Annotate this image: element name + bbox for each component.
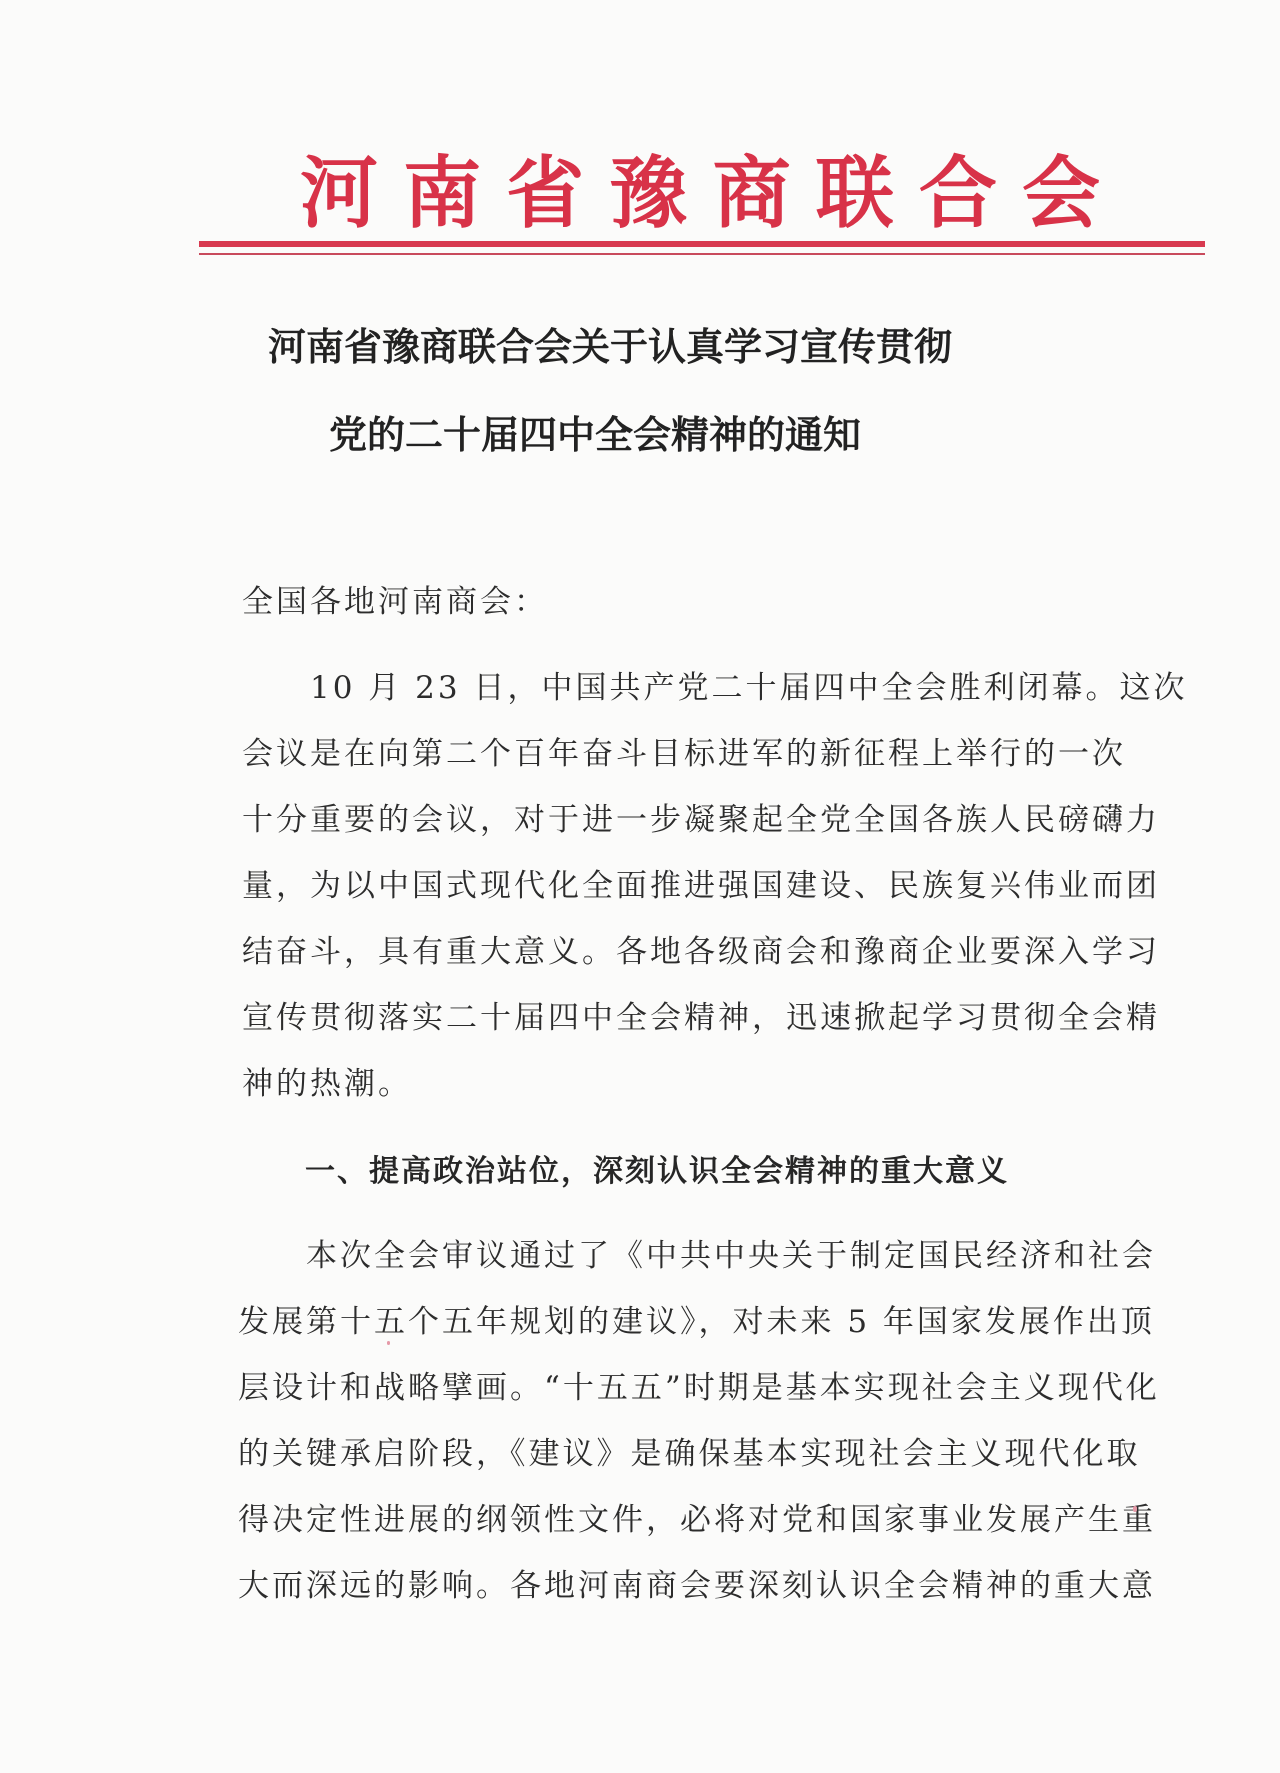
- section-heading-1: 一、提高政治站位，深刻认识全会精神的重大意义: [305, 1146, 1009, 1190]
- letterhead-char: 河: [300, 148, 378, 240]
- scan-speck: [387, 1341, 390, 1345]
- paragraph-line: 大而深远的影响。各地河南商会要深刻认识全会精神的重大意: [238, 1560, 1128, 1605]
- letterhead-char: 合: [919, 148, 997, 240]
- paragraph-line: 的关键承启阶段，《建议》是确保基本实现社会主义现代化取: [238, 1428, 1128, 1473]
- letterhead-divider-thick: [199, 241, 1205, 247]
- paragraph-line: 得决定性进展的纲领性文件，必将对党和国家事业发展产生重: [238, 1494, 1128, 1539]
- paragraph-line: 会议是在向第二个百年奋斗目标进军的新征程上举行的一次: [242, 728, 1132, 773]
- letterhead-org-name: 河 南 省 豫 商 联 合 会: [300, 148, 1100, 240]
- letterhead-char: 会: [1022, 148, 1100, 240]
- letterhead-char: 联: [816, 148, 894, 240]
- paragraph-line: 宣传贯彻落实二十届四中全会精神，迅速掀起学习贯彻全会精: [242, 992, 1132, 1037]
- paragraph-line: 结奋斗，具有重大意义。各地各级商会和豫商企业要深入学习: [242, 926, 1132, 971]
- paragraph-line: 量，为以中国式现代化全面推进强国建设、民族复兴伟业而团: [242, 860, 1132, 905]
- document-title-line-1: 河南省豫商联合会关于认真学习宣传贯彻: [0, 316, 1250, 371]
- paragraph-line: 层设计和战略擘画。“十五五”时期是基本实现社会主义现代化: [238, 1362, 1128, 1407]
- paragraph-line: 10 月 23 日，中国共产党二十届四中全会胜利闭幕。这次: [242, 662, 1132, 707]
- letterhead-char: 省: [506, 148, 584, 240]
- document-page: 河 南 省 豫 商 联 合 会 河南省豫商联合会关于认真学习宣传贯彻 党的二十届…: [0, 0, 1280, 1773]
- paragraph-line: 十分重要的会议，对于进一步凝聚起全党全国各族人民磅礴力: [242, 794, 1132, 839]
- paragraph-line: 本次全会审议通过了《中共中央关于制定国民经济和社会: [238, 1230, 1128, 1275]
- letterhead-char: 豫: [609, 148, 687, 240]
- letterhead-char: 商: [713, 148, 791, 240]
- letterhead-divider-thin: [199, 253, 1205, 255]
- letterhead-char: 南: [403, 148, 481, 240]
- document-title-line-2: 党的二十届四中全会精神的通知: [0, 404, 1235, 459]
- scan-speck: [1133, 1506, 1137, 1512]
- paragraph-line: 神的热潮。: [242, 1058, 1132, 1103]
- paragraph-line: 发展第十五个五年规划的建议》，对未来 5 年国家发展作出顶: [238, 1296, 1128, 1341]
- salutation: 全国各地河南商会：: [242, 576, 1132, 621]
